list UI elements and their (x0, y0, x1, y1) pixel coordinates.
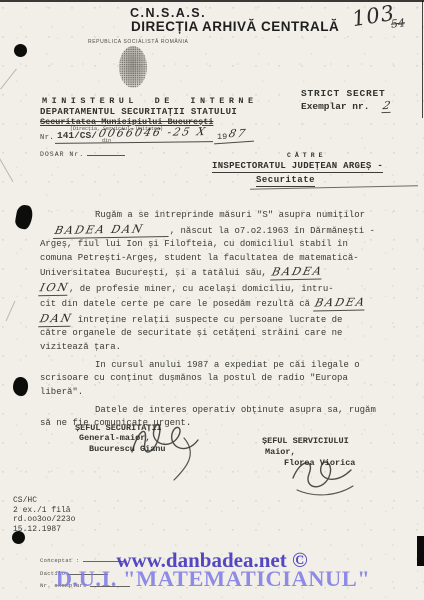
handwritten-name: BADEA (314, 296, 368, 311)
typed-text: Universitatea București, și a tatălui să… (40, 268, 272, 278)
typed-text: comuna Petrești-Argeș, student la facult… (40, 253, 359, 263)
conceptat-label: Conceptat : (40, 557, 80, 564)
archive-org-title: C.N.S.A.S. (130, 6, 206, 20)
body-line: BADEA DAN, născut la o7.o2.1963 în Dărmă… (40, 223, 412, 239)
right-signature-ink (285, 450, 365, 498)
registration-underline (55, 141, 213, 144)
body-line: Universitatea București, și a tatălui să… (40, 265, 412, 281)
document-date: 15.12.1987 (13, 525, 75, 535)
ministry-line: MINISTERUL DE INTERNE (42, 96, 258, 106)
reference-number: rd.oo3oo/223o (13, 515, 75, 525)
body-line: vizitează țara. (40, 341, 412, 355)
body-line: liberă". (40, 386, 412, 400)
ink-blob (14, 204, 34, 230)
body-line: In cursul anului 1987 a expediat pe căi … (40, 359, 412, 373)
typist-reference-block: CS/HC 2 ex./1 filă rd.oo3oo/223o 15.12.1… (13, 496, 75, 534)
scanned-document-page: C.N.S.A.S. DIRECȚIA ARHIVĂ CENTRALĂ 103 … (0, 0, 424, 600)
right-signer-title: ȘEFUL SERVICIULUI (262, 436, 349, 446)
dosar-blank-line (87, 150, 125, 156)
scan-scratch (6, 301, 16, 322)
typed-text: către organele de securitate și cetățeni… (40, 328, 342, 338)
typed-text: , de profesie miner, cu același domicili… (69, 284, 334, 294)
body-line: către organele de securitate și cetățeni… (40, 327, 412, 341)
registration-number-handwritten: 0066046 -25 X (97, 125, 208, 140)
body-line: DAN întreține relații suspecte cu persoa… (40, 312, 412, 328)
scan-edge-right (422, 0, 424, 118)
year-printed: 19 (217, 132, 227, 142)
copy-number-handwritten: 2 (381, 99, 393, 113)
classification-level: STRICT SECRET (301, 88, 386, 99)
coat-of-arms-stamp (119, 46, 147, 88)
copy-number-label: Exemplar nr. (301, 101, 369, 112)
body-line: comuna Petrești-Argeș, student la facult… (40, 252, 412, 266)
addressee-to-label: CĂTRE (287, 152, 327, 159)
scan-edge-top (0, 0, 424, 2)
scan-scratch (0, 152, 13, 182)
typed-text: vizitează țara. (40, 342, 121, 352)
body-line: ION, de profesie miner, cu același domic… (40, 281, 412, 297)
typed-text: liberă". (40, 387, 83, 397)
body-line: Rugăm a se întreprinde măsuri "S" asupra… (40, 209, 412, 223)
form-footer-conceptat: Conceptat : (40, 557, 123, 564)
body-line: Datele de interes operativ obținute asup… (40, 404, 412, 418)
handwritten-page-number: 103 (350, 1, 396, 31)
registration-number-typed: 141/CS/ (57, 130, 97, 141)
addressee-organization: INSPECTORATUL JUDEȚEAN ARGEȘ - (212, 161, 383, 173)
year-handwritten: 87 (227, 127, 248, 140)
handwritten-page-number-crossed: 54 (390, 16, 405, 30)
punch-hole (14, 44, 27, 57)
body-line: cît din datele certe pe care le posedăm … (40, 296, 412, 312)
left-signature-ink (122, 410, 222, 485)
body-line: scrisoare cu conținut dușmănos la postul… (40, 372, 412, 386)
letter-body: Rugăm a se întreprinde măsuri "S" asupra… (40, 209, 412, 431)
handwritten-name: ION (38, 280, 70, 295)
typed-text: In cursul anului 1987 a expediat pe căi … (95, 360, 360, 370)
handwritten-name: DAN (38, 311, 74, 326)
dosar-label-text: DOSAR Nr. (40, 151, 84, 158)
addressee-unit: Securitate (256, 175, 315, 187)
typed-text: , născut la o7.o2.1963 în Dărmănești - (170, 226, 375, 236)
typed-text: întreține relații suspecte cu persoane l… (72, 315, 342, 325)
handwritten-name: BADEA DAN (53, 222, 172, 238)
scan-scratch (0, 68, 17, 89)
department-line: DEPARTAMENTUL SECURITAȚII STATULUI (40, 107, 237, 117)
republic-line: REPUBLICA SOCIALISTĂ ROMÂNIA (88, 39, 188, 45)
scan-edge-bar (417, 536, 424, 566)
typed-text: Argeș, fiul lui Ion și Filofteia, cu dom… (40, 239, 348, 249)
ink-blob (13, 377, 28, 396)
typed-text: scrisoare cu conținut dușmănos la postul… (40, 373, 348, 383)
archive-division-title: DIRECȚIA ARHIVĂ CENTRALĂ (131, 19, 339, 34)
copies-note: 2 ex./1 filă (13, 506, 75, 516)
dosar-number-label: DOSAR Nr. (40, 150, 125, 158)
body-line: Argeș, fiul lui Ion și Filofteia, cu dom… (40, 238, 412, 252)
registration-number-label: Nr. (40, 134, 54, 142)
typist-initials: CS/HC (13, 496, 75, 506)
typed-text: cît din datele certe pe care le posedăm … (40, 299, 315, 309)
din-label: din (102, 138, 111, 144)
watermark-dossier-name: D.U.I. "MATEMATICIANUL" (56, 566, 370, 592)
handwritten-name: BADEA (270, 265, 324, 280)
typed-text: Rugăm a se întreprinde măsuri "S" asupra… (95, 210, 365, 220)
